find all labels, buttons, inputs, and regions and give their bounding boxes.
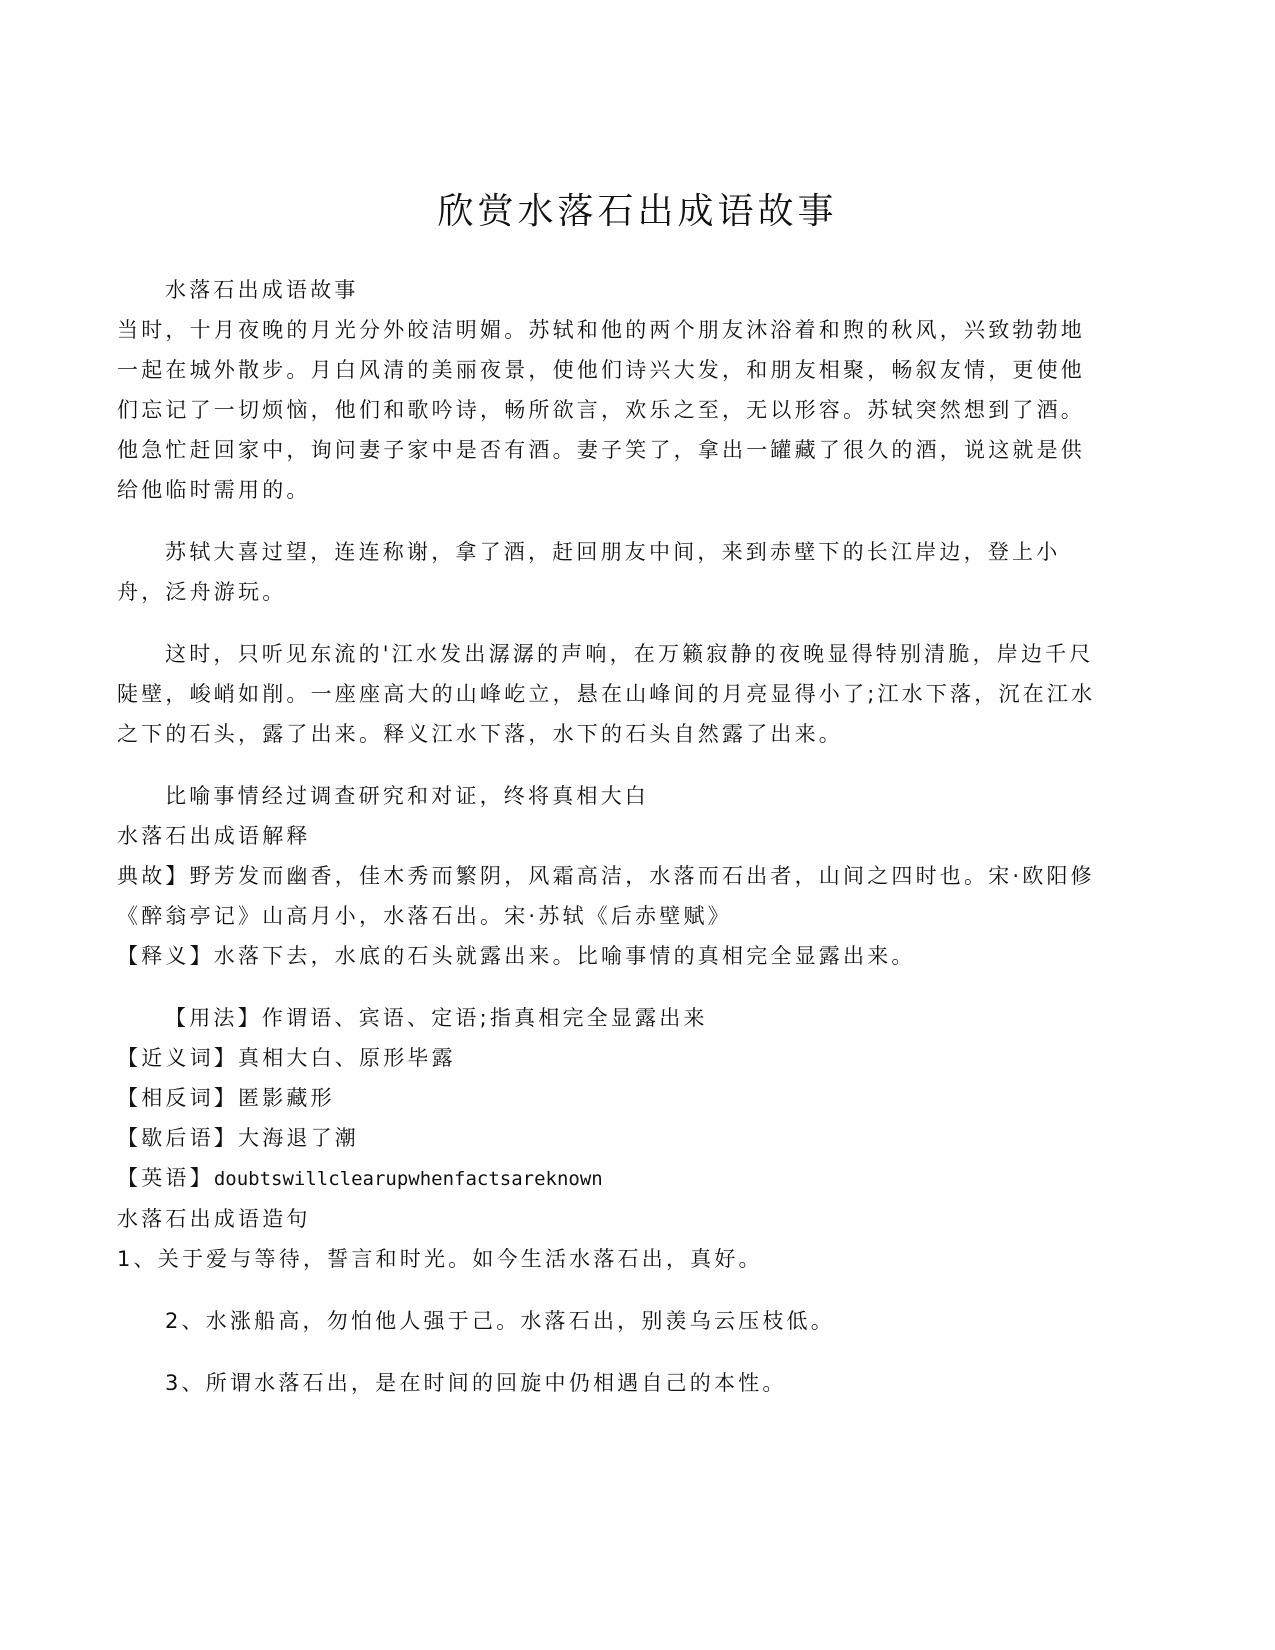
document-title: 欣赏水落石出成语故事 (0, 190, 1275, 234)
story-summary: 比喻事情经过调查研究和对证，终将真相大白 (117, 776, 1097, 816)
story-paragraph-2: 苏轼大喜过望，连连称谢，拿了酒，赶回朋友中间，来到赤壁下的长江岸边，登上小舟，泛… (117, 532, 1097, 612)
story-heading: 水落石出成语故事 (117, 270, 1097, 310)
sentence-3: 3、所谓水落石出，是在时间的回旋中仍相遇自己的本性。 (117, 1363, 1097, 1403)
story-paragraph-1: 当时，十月夜晚的月光分外皎洁明媚。苏轼和他的两个朋友沐浴着和煦的秋风，兴致勃勃地… (117, 310, 1097, 510)
explanation-synonyms: 【近义词】真相大白、原形毕露 (117, 1038, 1097, 1078)
document-body: 水落石出成语故事 当时，十月夜晚的月光分外皎洁明媚。苏轼和他的两个朋友沐浴着和煦… (117, 270, 1097, 1403)
explanation-source: 典故】野芳发而幽香，佳木秀而繁阴，风霜高洁，水落而石出者，山间之四时也。宋·欧阳… (117, 856, 1097, 936)
explanation-heading: 水落石出成语解释 (117, 816, 1097, 856)
story-paragraph-3: 这时，只听见东流的'江水发出潺潺的声响，在万籁寂静的夜晚显得特别清脆，岸边千尺陡… (117, 634, 1097, 754)
explanation-english: 【英语】doubtswillclearupwhenfactsareknown (117, 1158, 1097, 1199)
explanation-usage: 【用法】作谓语、宾语、定语;指真相完全显露出来 (117, 998, 1097, 1038)
sentence-1: 1、关于爱与等待，誓言和时光。如今生活水落石出，真好。 (117, 1239, 1097, 1279)
sentences-heading: 水落石出成语造句 (117, 1199, 1097, 1239)
explanation-meaning: 【释义】水落下去，水底的石头就露出来。比喻事情的真相完全显露出来。 (117, 936, 1097, 976)
document-page: 欣赏水落石出成语故事 水落石出成语故事 当时，十月夜晚的月光分外皎洁明媚。苏轼和… (0, 0, 1275, 1650)
english-value: doubtswillclearupwhenfactsareknown (214, 1168, 603, 1190)
sentence-2: 2、水涨船高，勿怕他人强于己。水落石出，别羡乌云压枝低。 (117, 1301, 1097, 1341)
explanation-xiehouyu: 【歇后语】大海退了潮 (117, 1118, 1097, 1158)
explanation-antonyms: 【相反词】匿影藏形 (117, 1078, 1097, 1118)
english-label: 【英语】 (117, 1166, 214, 1190)
